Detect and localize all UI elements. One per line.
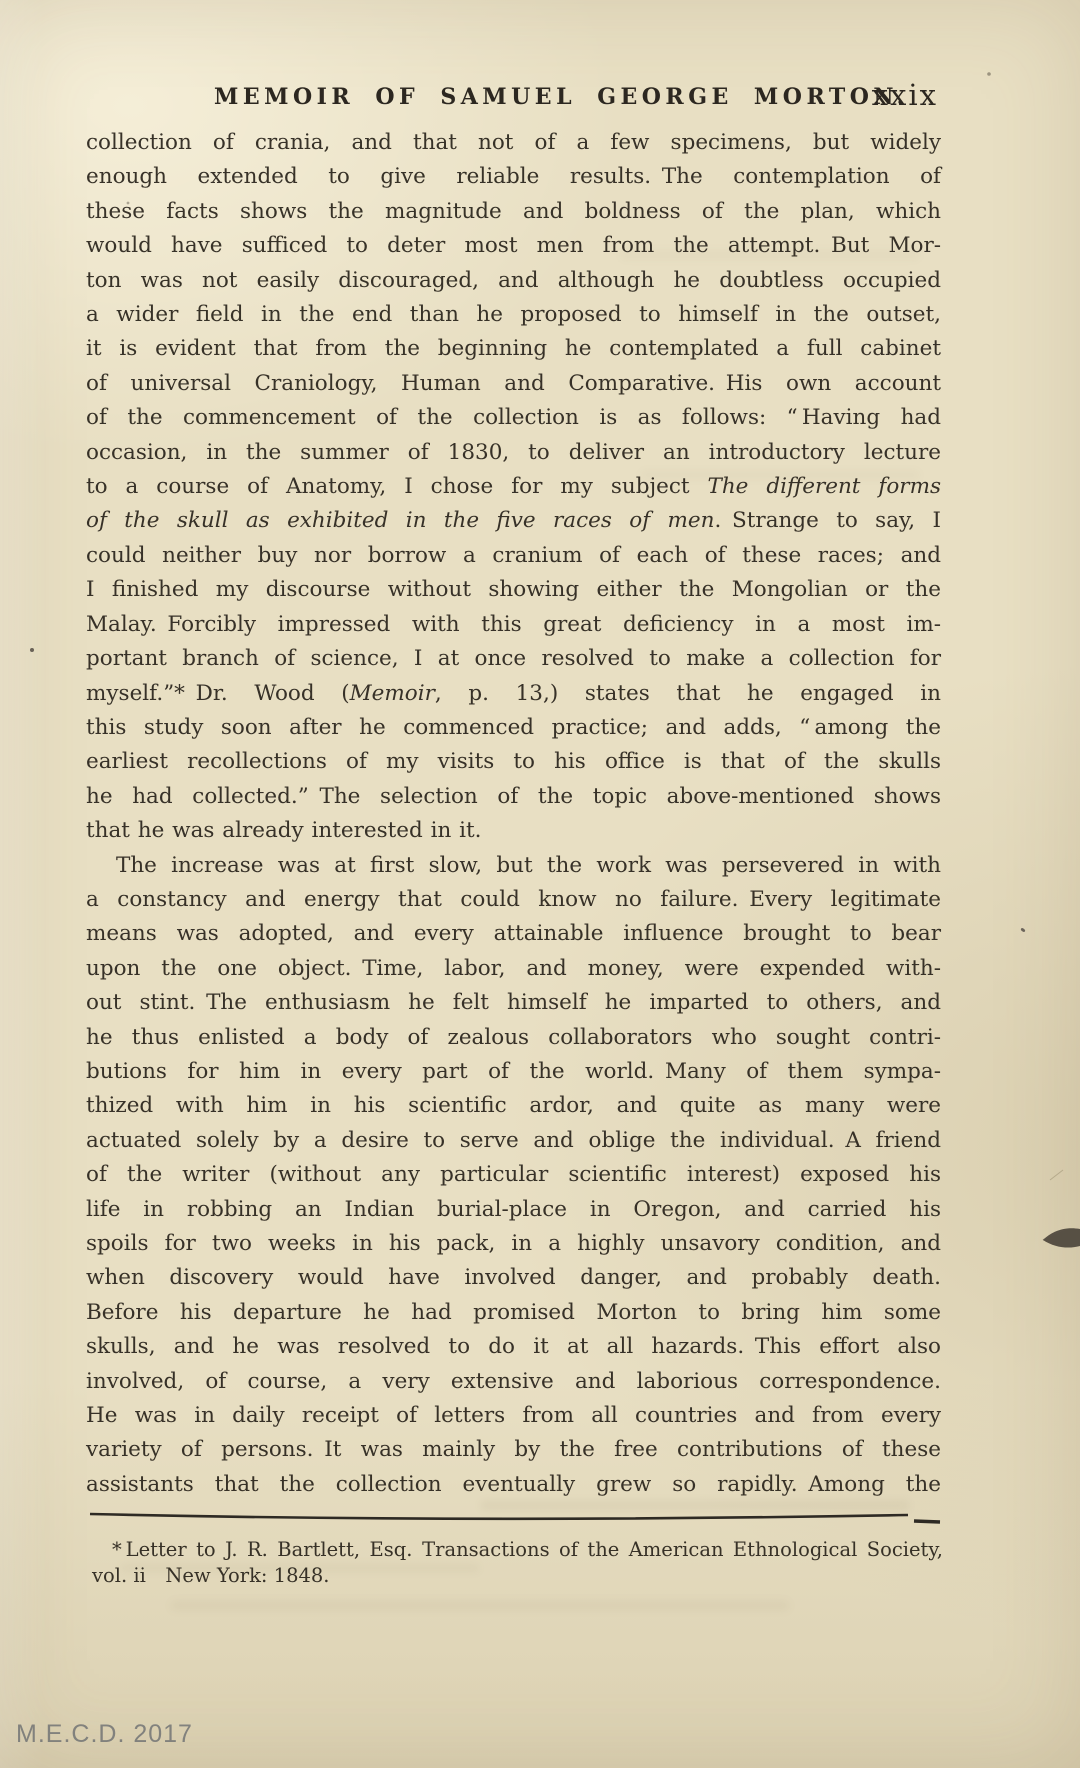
text-line: assistants that the collection eventuall…	[86, 1468, 941, 1502]
watermark: M.E.C.D. 2017	[16, 1720, 193, 1749]
text-line: ton was not easily discouraged, and alth…	[86, 264, 941, 298]
text-line: I finished my discourse without showing …	[86, 573, 941, 607]
text-line: variety of persons. It was mainly by the…	[86, 1433, 941, 1467]
text-line: when discovery would have involved dange…	[86, 1261, 941, 1295]
body-text: collection of crania, and that not of a …	[86, 126, 941, 1502]
show-through-smudge	[170, 1600, 790, 1611]
text-line: occasion, in the summer of 1830, to deli…	[86, 436, 941, 470]
text-line: earliest recollections of my visits to h…	[86, 745, 941, 779]
paper-scratch	[1050, 1170, 1063, 1180]
footnote: * Letter to J. R. Bartlett, Esq. Transac…	[92, 1537, 943, 1589]
text-line: spoils for two weeks in his pack, in a h…	[86, 1227, 941, 1261]
text-line: involved, of course, a very extensive an…	[86, 1365, 941, 1399]
text-line: out stint. The enthusiasm he felt himsel…	[86, 986, 941, 1020]
text-line: portant branch of science, I at once res…	[86, 642, 941, 676]
text-line: myself.”* Dr. Wood (Memoir, p. 13,) stat…	[86, 677, 941, 711]
text-line: a wider field in the end than he propose…	[86, 298, 941, 332]
text-line: this study soon after he commenced pract…	[86, 711, 941, 745]
paragraph: collection of crania, and that not of a …	[86, 126, 941, 849]
text-line: he had collected.” The selection of the …	[86, 780, 941, 814]
text-line: skulls, and he was resolved to do it at …	[86, 1330, 941, 1364]
text-line: upon the one object. Time, labor, and mo…	[86, 952, 941, 986]
text-line: to a course of Anatomy, I chose for my s…	[86, 470, 941, 504]
text-line: thized with him in his scientific ardor,…	[86, 1089, 941, 1123]
pen-smudge	[1043, 1228, 1080, 1247]
text-line: a constancy and energy that could know n…	[86, 883, 941, 917]
text-line: of the commencement of the collection is…	[86, 401, 941, 435]
footnote-rule-dash	[914, 1521, 940, 1522]
ink-speck	[987, 72, 991, 76]
pen-smudge-tail	[1043, 1229, 1068, 1240]
text-line: vol. ii New York: 1848.	[92, 1563, 943, 1589]
ink-speck	[30, 648, 34, 652]
text-line: that he was already interested in it.	[86, 814, 941, 848]
text-line: * Letter to J. R. Bartlett, Esq. Transac…	[92, 1537, 943, 1563]
paragraph: The increase was at first slow, but the …	[86, 849, 941, 1503]
text-line: of the skull as exhibited in the five ra…	[86, 504, 941, 538]
text-line: it is evident that from the beginning he…	[86, 332, 941, 366]
book-page: MEMOIR OF SAMUEL GEORGE MORTON. xxix col…	[0, 0, 1080, 1768]
footnote-rule	[90, 1514, 908, 1519]
text-line: actuated solely by a desire to serve and…	[86, 1124, 941, 1158]
text-line: means was adopted, and every attainable …	[86, 917, 941, 951]
text-line: of universal Craniology, Human and Compa…	[86, 367, 941, 401]
text-line: Before his departure he had promised Mor…	[86, 1296, 941, 1330]
text-line: enough extended to give reliable results…	[86, 160, 941, 194]
page-number: xxix	[872, 78, 938, 112]
text-line: Malay. Forcibly impressed with this grea…	[86, 608, 941, 642]
text-line: collection of crania, and that not of a …	[86, 126, 941, 160]
text-line: these facts shows the magnitude and bold…	[86, 195, 941, 229]
text-line: life in robbing an Indian burial-place i…	[86, 1193, 941, 1227]
ink-speck	[1020, 927, 1026, 932]
text-line: of the writer (without any particular sc…	[86, 1158, 941, 1192]
text-line: butions for him in every part of the wor…	[86, 1055, 941, 1089]
text-line: would have sufficed to deter most men fr…	[86, 229, 941, 263]
text-line: The increase was at first slow, but the …	[86, 849, 941, 883]
text-line: could neither buy nor borrow a cranium o…	[86, 539, 941, 573]
text-line: He was in daily receipt of letters from …	[86, 1399, 941, 1433]
text-line: he thus enlisted a body of zealous colla…	[86, 1021, 941, 1055]
running-head-title: MEMOIR OF SAMUEL GEORGE MORTON.	[214, 84, 909, 110]
